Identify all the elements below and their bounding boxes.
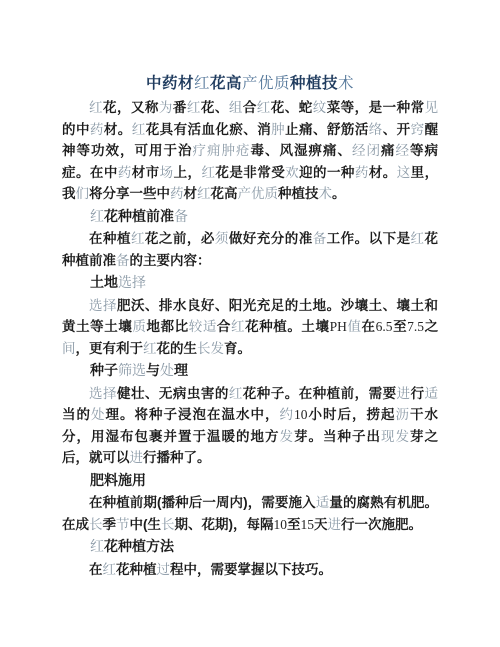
text-run: 长 (89, 517, 103, 532)
text-run: 须 (215, 231, 229, 246)
text-run: 约 (280, 407, 295, 422)
text-run: 见 (425, 100, 439, 115)
text-run: 种植技 (278, 186, 319, 201)
text-run: 备 (174, 208, 188, 224)
text-run: 这 (397, 165, 411, 180)
section-heading: 红花种植方法 (62, 536, 438, 558)
text-run: 肿 (271, 122, 285, 137)
text-run: 程中，需要掌握以下技巧。 (170, 562, 332, 577)
text-run: 药 (355, 165, 369, 180)
text-run: 欢 (285, 165, 299, 180)
text-run: 纹 (313, 100, 327, 115)
paragraph: 选择健壮、无病虫害的红花种子。在种植前，需要进行适当的处理。将种子浸泡在温水中，… (62, 383, 438, 469)
text-run: 花种植前准 (104, 208, 174, 224)
text-run: 菜等，是一种常 (327, 100, 425, 115)
document-body: 红花，又称为番红花、组合红花、蛇纹菜等，是一种常见的中药材。红花具有活血化瘀、消… (62, 97, 438, 580)
text-run: 理 (174, 362, 188, 378)
text-run: 当的 (62, 407, 91, 422)
text-run: 质 (132, 319, 146, 334)
text-run: 在 (89, 562, 103, 577)
text-run: 与 (146, 362, 160, 378)
text-run: 将分享一些中 (89, 186, 170, 201)
text-run: 上， (174, 165, 202, 180)
text-run: 处 (160, 362, 174, 378)
text-run: 行 (411, 386, 425, 401)
text-run: 窍 (411, 122, 425, 137)
text-run: 场 (160, 165, 174, 180)
text-run: 痛 (381, 143, 396, 158)
text-run: 红 (90, 538, 104, 554)
text-run: 筛选 (118, 362, 146, 378)
text-run: 为 (159, 100, 173, 115)
text-run: 产优质 (238, 186, 279, 201)
text-run: 红 (201, 165, 215, 180)
text-run: 红 (89, 100, 103, 115)
text-run: 发 (280, 429, 295, 444)
text-run: 长发 (197, 341, 224, 356)
text-run: 10 (294, 407, 308, 422)
text-run: 合 (217, 319, 231, 334)
text-run: 进 (328, 517, 342, 532)
text-run: 番 (173, 100, 187, 115)
paragraph: 在种植红花之前，必须做好充分的准备工作。以下是红花种植前准备的主要内容： (62, 228, 438, 271)
text-run: 适 (316, 495, 330, 510)
text-run: 在 (362, 319, 376, 334)
text-run: 材。 (369, 165, 397, 180)
text-run: ，更有利于 (76, 341, 144, 356)
text-run: 花、蛇 (271, 100, 313, 115)
text-run: 期、花期)，每隔 (175, 517, 274, 532)
text-run: 红 (194, 75, 210, 92)
paragraph: 在红花种植过程中，需要掌握以下技巧。 (62, 559, 438, 581)
text-run: 值 (347, 319, 362, 334)
text-run: 红 (231, 319, 245, 334)
text-run: PH (330, 319, 347, 334)
text-run: 花种植方法 (104, 538, 174, 554)
text-run: 红 (131, 231, 145, 246)
text-run: 花种植。土壤 (245, 319, 329, 334)
text-run: 红 (411, 231, 425, 246)
text-run: 种子 (90, 362, 118, 378)
text-run: 经 (396, 143, 411, 158)
text-run: 育。 (224, 341, 251, 356)
text-run: 红 (103, 562, 117, 577)
paragraph: 选择肥沃、排水良好、阳光充足的土地。沙壤土、壤土和黄土等土壤质地都比较适合红花种… (62, 295, 438, 360)
text-run: 过 (157, 562, 171, 577)
document-title: 中药材红花高产优质种植技术 (62, 72, 438, 96)
section-heading: 肥料施用 (62, 470, 438, 492)
text-run: 药 (90, 122, 104, 137)
text-run: 在种植前期(播种后一周内)，需要施入 (89, 495, 316, 510)
text-run: 备 (116, 253, 130, 268)
text-run: 。 (332, 186, 346, 201)
text-run: 理。将种子浸泡在温水中， (106, 407, 280, 422)
text-run: 芽。当种子出 (294, 429, 381, 444)
text-run: 现发 (381, 429, 410, 444)
text-run: 小时后，捞起 (308, 407, 396, 422)
text-run: 长 (161, 517, 175, 532)
text-run: 组 (229, 100, 243, 115)
text-run: 适 (425, 386, 439, 401)
text-run: 中(生 (130, 517, 162, 532)
paragraph: 红花，又称为番红花、组合红花、蛇纹菜等，是一种常见的中药材。红花具有活血化瘀、消… (62, 97, 438, 205)
text-run: 15 (301, 517, 315, 532)
text-run: 花高 (211, 186, 238, 201)
text-run: 健壮、无病虫害的 (117, 386, 229, 401)
text-run: 经闭 (352, 143, 381, 158)
text-run: 产优质 (242, 75, 290, 92)
text-run: 工作。以下是 (327, 231, 411, 246)
text-run: 处 (91, 407, 106, 422)
text-run: 的中 (62, 122, 90, 137)
text-run: 络 (369, 122, 383, 137)
text-run: 止痛、舒筋活 (285, 122, 369, 137)
text-run: 们 (76, 186, 90, 201)
text-run: 10 (274, 517, 288, 532)
text-run: 的主要内容： (130, 253, 211, 268)
text-run: 术 (319, 186, 333, 201)
text-run: 做好充分的准 (229, 231, 313, 246)
text-run: 红 (257, 100, 271, 115)
text-run: 花的生 (157, 341, 198, 356)
text-run: 材 (184, 186, 198, 201)
text-run: 迎的一种 (299, 165, 355, 180)
text-run: 材。 (104, 122, 132, 137)
text-run: 花、 (201, 100, 229, 115)
text-run: 6.5 (376, 319, 393, 334)
text-run: 、开 (383, 122, 411, 137)
text-run: 疗痈肿疮 (193, 143, 251, 158)
text-run: 土地 (90, 274, 118, 290)
text-run: 地都比 (147, 319, 189, 334)
text-run: 中药材 (146, 75, 194, 92)
text-run: 花，又称 (103, 100, 159, 115)
text-run: 合 (243, 100, 257, 115)
text-run: 之 (424, 319, 438, 334)
text-run: 毒、风湿痹痛、 (251, 143, 353, 158)
text-run: 至 (393, 319, 408, 334)
text-run: 7.5 (407, 319, 424, 334)
text-run: 沥 (396, 407, 411, 422)
text-run: 较适 (189, 319, 217, 334)
text-run: 术 (338, 75, 354, 92)
text-run: 进 (397, 386, 411, 401)
text-run: 花是非常受 (215, 165, 285, 180)
section-heading: 种子筛选与处理 (62, 360, 438, 382)
text-run: 备 (313, 231, 327, 246)
text-run: 红 (229, 386, 243, 401)
text-run: 天 (314, 517, 328, 532)
text-run: 花具有活血化瘀、消 (146, 122, 271, 137)
text-run: 红 (187, 100, 201, 115)
text-run: 种植技 (290, 75, 338, 92)
text-run: 红 (143, 341, 157, 356)
text-run: 红 (132, 122, 146, 137)
text-run: 材市 (132, 165, 160, 180)
document-page: 中药材红花高产优质种植技术 红花，又称为番红花、组合红花、蛇纹菜等，是一种常见的… (0, 0, 500, 647)
text-run: 肥料施用 (90, 472, 146, 488)
text-run: 至 (287, 517, 301, 532)
text-run: 在种植 (89, 231, 131, 246)
text-run: 花高 (210, 75, 242, 92)
text-run: 选择 (89, 298, 117, 313)
text-run: 花之前，必 (145, 231, 215, 246)
text-run: 选择 (89, 386, 117, 401)
text-run: 进 (130, 450, 144, 465)
text-run: 选择 (118, 274, 146, 290)
text-run: 花种植 (116, 562, 157, 577)
text-run: 节 (116, 517, 130, 532)
text-run: 行播种了。 (143, 450, 211, 465)
text-run: 药 (118, 165, 132, 180)
text-run: 红 (90, 208, 104, 224)
text-run: 药 (170, 186, 184, 201)
section-heading: 土地选择 (62, 272, 438, 294)
paragraph: 在种植前期(播种后一周内)，需要施入适量的腐熟有机肥。在成长季节中(生长期、花期… (62, 492, 438, 535)
text-run: 行一次施肥。 (341, 517, 422, 532)
section-heading: 红花种植前准备 (62, 206, 438, 228)
text-run: 季 (103, 517, 117, 532)
text-run: 花种子。在种植前，需要 (243, 386, 397, 401)
text-run: 红 (197, 186, 211, 201)
text-run: 间 (62, 341, 76, 356)
